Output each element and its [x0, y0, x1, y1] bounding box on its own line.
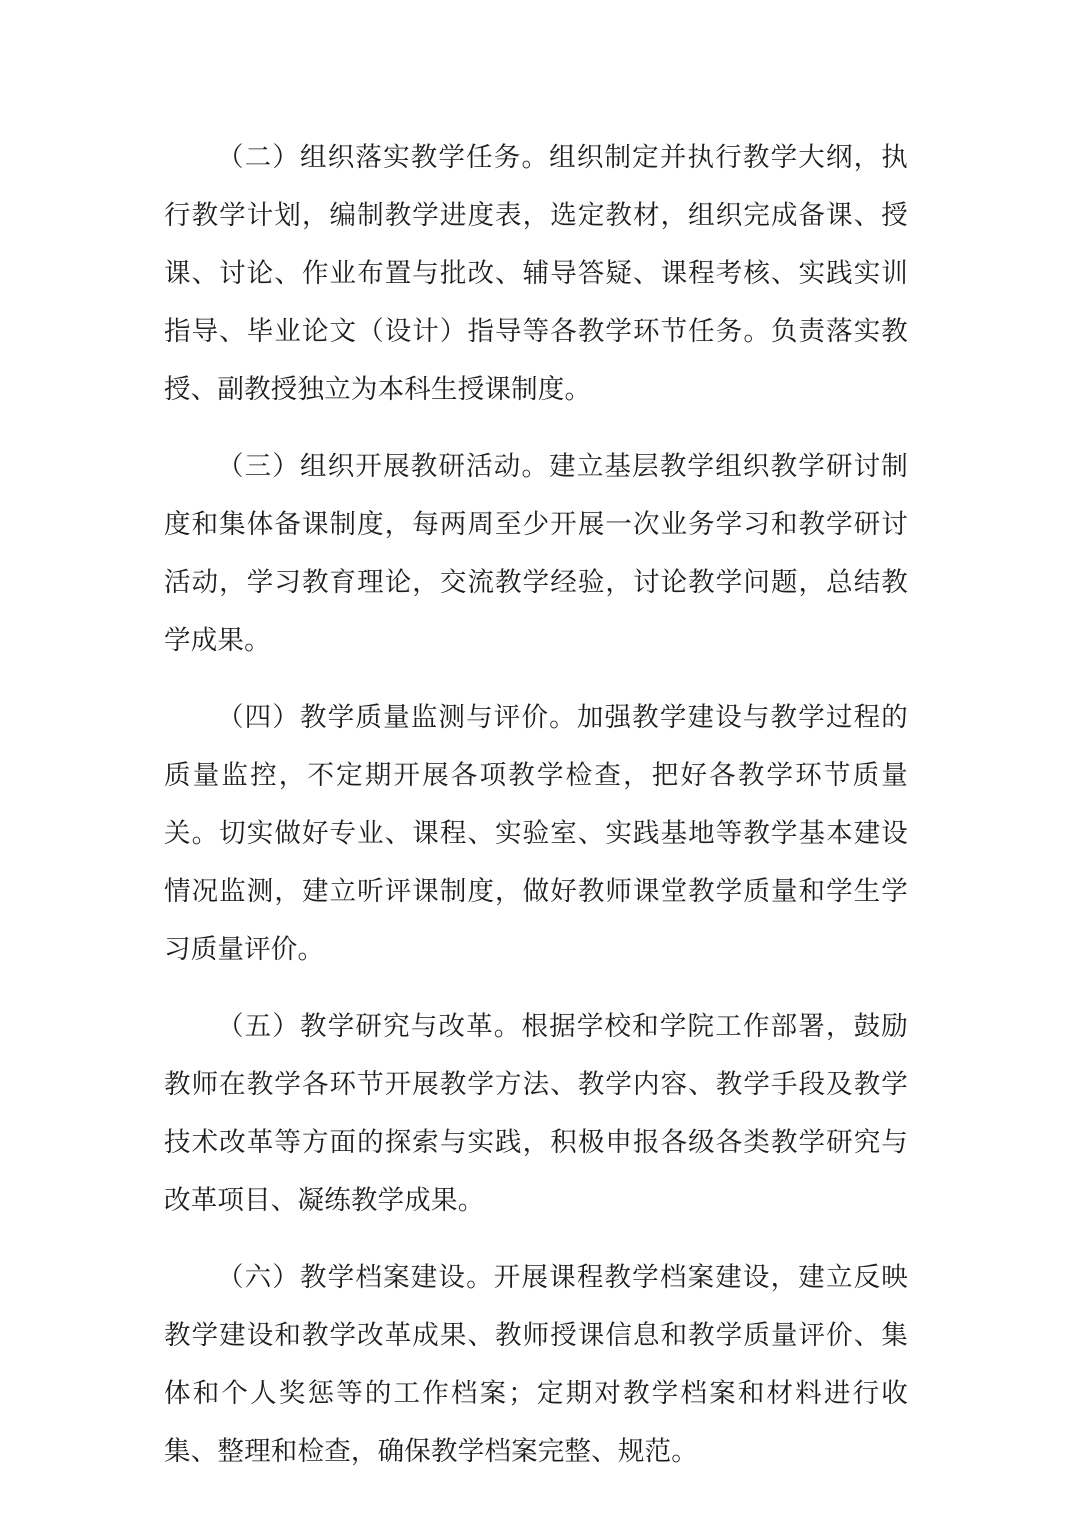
paragraph-item-3: （三）组织开展教研活动。建立基层教学组织教学研讨制度和集体备课制度，每两周至少开…: [164, 437, 908, 669]
paragraph-item-6: （六）教学档案建设。开展课程教学档案建设，建立反映教学建设和教学改革成果、教师授…: [164, 1248, 908, 1480]
paragraph-item-4: （四）教学质量监测与评价。加强教学建设与教学过程的质量监控，不定期开展各项教学检…: [164, 688, 908, 978]
paragraph-item-5: （五）教学研究与改革。根据学校和学院工作部署，鼓励教师在教学各环节开展教学方法、…: [164, 997, 908, 1229]
paragraph-item-2: （二）组织落实教学任务。组织制定并执行教学大纲，执行教学计划，编制教学进度表，选…: [164, 128, 908, 418]
document-page: （二）组织落实教学任务。组织制定并执行教学大纲，执行教学计划，编制教学进度表，选…: [0, 0, 1074, 1520]
